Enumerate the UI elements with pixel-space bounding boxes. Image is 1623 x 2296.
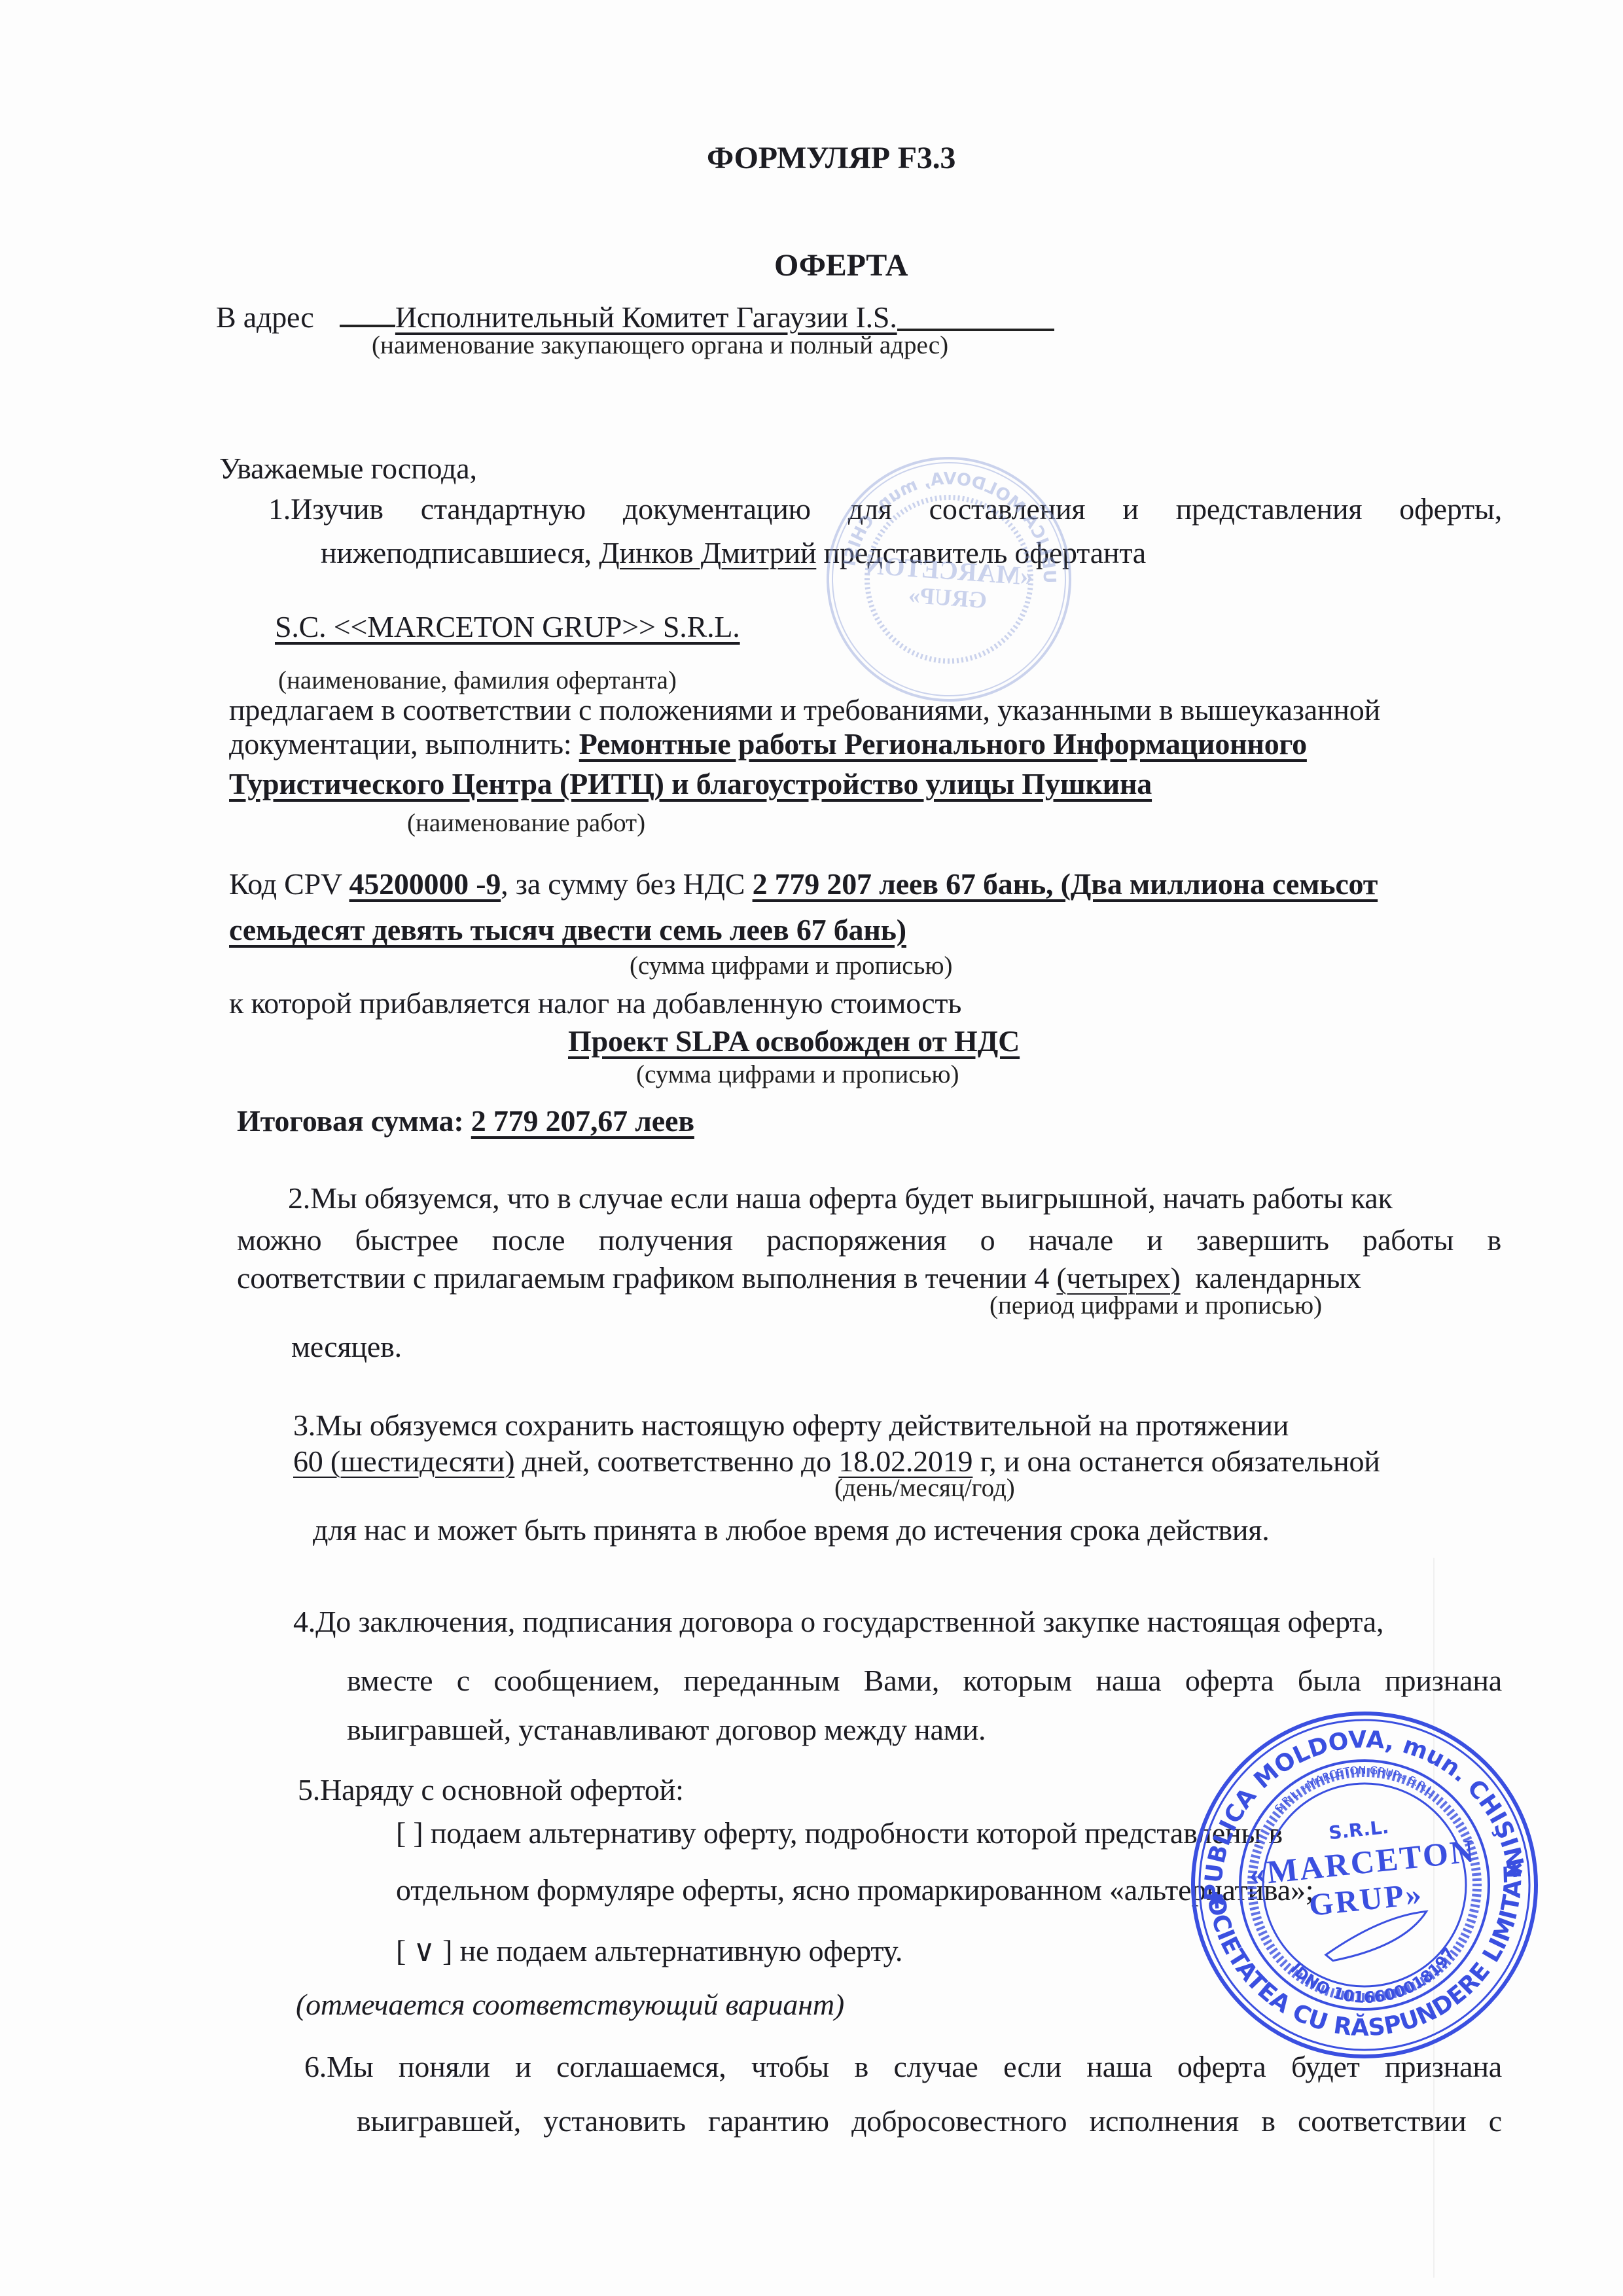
item5-number: 5. (298, 1773, 320, 1806)
item4-text: До заключения, подписания договора о гос… (315, 1605, 1383, 1638)
item1-line2-prefix: нижеподписавшиеся, (321, 536, 599, 569)
sum-label: , за сумму без НДС (501, 867, 752, 901)
item2-line3-suffix: календарных (1181, 1261, 1361, 1295)
date-caption: (день/месяц/год) (834, 1475, 1015, 1501)
works-caption: (наименование работ) (407, 810, 645, 836)
sum-value-part2: семьдесят девять тысяч двести семь леев … (229, 915, 906, 945)
option-no-alternative: [ ∨ ] не подаем альтернативную оферту. (396, 1936, 902, 1966)
item2-line3-prefix: соответствии с прилагаемым графиком выпо… (237, 1261, 1056, 1295)
option-no-alternative-checkbox[interactable]: [ ∨ ] (396, 1934, 452, 1967)
item4-line3: выигравшей, устанавливают договор между … (347, 1715, 986, 1745)
item5-text: Наряду с основной офертой: (320, 1773, 684, 1806)
option-note: (отмечается соответствующий вариант) (296, 1990, 844, 2020)
address-line: В адрес Исполнительный Комитет Гагаузии … (216, 302, 1054, 332)
item3-number: 3. (293, 1408, 315, 1442)
cpv-code: 45200000 -9 (349, 867, 501, 901)
period-words: (четырех) (1056, 1261, 1180, 1295)
item1-number: 1. (268, 492, 291, 526)
validity-days: 60 (шестидесяти) (293, 1444, 514, 1478)
works-name-part2: Туристического Центра (РИТЦ) и благоустр… (229, 769, 1152, 799)
option-alternative-line2: отдельном формуляре оферты, ясно промарк… (396, 1875, 1313, 1905)
item4-line1: 4.До заключения, подписания договора о г… (293, 1607, 1383, 1637)
company-stamp: REPUBLICA MOLDOVA, mun. CHIŞINĂU SOCIETA… (1163, 1683, 1565, 2086)
item3-line1: 3.Мы обязуемся сохранить настоящую оферт… (293, 1410, 1289, 1441)
form-title: ФОРМУЛЯР F3.3 (707, 143, 955, 174)
item2-line3: соответствии с прилагаемым графиком выпо… (237, 1263, 1361, 1293)
item2-number: 2. (288, 1181, 310, 1215)
item3-line2: 60 (шестидесяти) дней, соответственно до… (293, 1446, 1380, 1477)
item2-line4: месяцев. (291, 1332, 402, 1362)
item2-line2: можно быстрее после получения распоряжен… (237, 1225, 1501, 1255)
item5-line1: 5.Наряду с основной офертой: (298, 1775, 684, 1805)
svg-text:✱: ✱ (1205, 1887, 1227, 1915)
bidder-name: S.C. <<MARCETON GRUP>> S.R.L. (275, 612, 740, 642)
item6-line2: выигравшей, установить гарантию добросов… (357, 2106, 1502, 2136)
cpv-label: Код CPV (229, 867, 349, 901)
address-value: Исполнительный Комитет Гагаузии I.S. (395, 300, 897, 334)
option-alternative-label: подаем альтернативу оферту, подробности … (423, 1816, 1283, 1850)
document-heading: ОФЕРТА (774, 250, 908, 281)
item2-text: Мы обязуемся, что в случае если наша офе… (310, 1181, 1393, 1215)
works-label: документации, выполнить: (229, 727, 579, 761)
address-blank-left (340, 325, 395, 327)
bidder-caption: (наименование, фамилия офертанта) (278, 668, 677, 693)
svg-text:✱: ✱ (1504, 1856, 1525, 1884)
stamp-center-srl: S.R.L. (1328, 1816, 1390, 1844)
item3-line3: для нас и может быть принята в любое вре… (313, 1515, 1270, 1545)
option-alternative: [ ] подаем альтернативу оферту, подробно… (396, 1818, 1283, 1848)
item4-number: 4. (293, 1605, 315, 1638)
cpv-sum-line: Код CPV 45200000 -9, за сумму без НДС 2 … (229, 869, 1378, 899)
address-caption: (наименование закупающего органа и полны… (372, 332, 948, 358)
item1-line4: документации, выполнить: Ремонтные работ… (229, 729, 1307, 759)
address-label: В адрес (216, 300, 314, 334)
option-no-alternative-label: не подаем альтернативную оферту. (452, 1934, 902, 1967)
vat-value: Проект SLPA освобожден от НДС (568, 1026, 1020, 1056)
item3-line2-suffix: г, и она останется обязательной (972, 1444, 1380, 1478)
item3-line2-mid: дней, соответственно до (514, 1444, 838, 1478)
vat-line: к которой прибавляется налог на добавлен… (229, 988, 961, 1018)
item4-line2: вместе с сообщением, переданным Вами, ко… (347, 1666, 1502, 1696)
item2-line1: 2.Мы обязуемся, что в случае если наша о… (288, 1183, 1393, 1213)
sum-value-part1: 2 779 207 леев 67 бань, (Два миллиона се… (753, 867, 1378, 901)
representative-name: Динков Дмитрий (599, 536, 816, 569)
period-caption: (период цифрами и прописью) (990, 1293, 1322, 1318)
total-label: Итоговая сумма: (237, 1104, 471, 1138)
item6-number: 6. (304, 2050, 327, 2083)
ghost-stamp: REPUBLICA MOLDOVA, mun. CHIŞINĂU «MARCET… (810, 440, 1089, 719)
works-name-part1: Ремонтные работы Регионального Информаци… (579, 727, 1307, 761)
salutation: Уважаемые господа, (219, 454, 477, 484)
option-alternative-checkbox[interactable]: [ ] (396, 1816, 423, 1850)
vat-caption: (сумма цифрами и прописью) (636, 1062, 959, 1087)
item3-text: Мы обязуемся сохранить настоящую оферту … (315, 1408, 1289, 1442)
validity-date: 18.02.2019 (838, 1444, 972, 1478)
svg-text:GRUP»: GRUP» (908, 582, 988, 613)
total-value: 2 779 207,67 леев (471, 1104, 694, 1138)
item1-line3: предлагаем в соответствии с положениями … (229, 695, 1380, 725)
total-line: Итоговая сумма: 2 779 207,67 леев (237, 1106, 694, 1136)
sum-caption: (сумма цифрами и прописью) (630, 953, 953, 978)
